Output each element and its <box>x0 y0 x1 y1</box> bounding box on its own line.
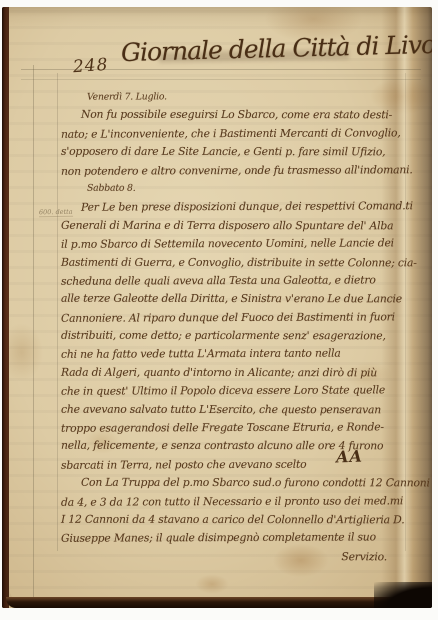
manuscript-line: Sabbato 8. <box>61 180 417 199</box>
book-bottom-edge <box>6 597 432 608</box>
manuscript-line: distribuiti, come detto; e particolarmen… <box>61 327 417 346</box>
manuscript-line: il p.mo Sbarco di Settemila novecento Uo… <box>61 234 417 254</box>
manuscript-line: Generali di Marina e di Terra disposero … <box>61 216 417 235</box>
manuscript-line: Non fu possibile eseguirsi Lo Sbarco, co… <box>61 106 417 125</box>
manuscript-page: 248 Giornale della Città di Livorno 600.… <box>9 7 432 602</box>
aa-landing-mark: AA <box>336 447 363 467</box>
manuscript-text-block: Venerdì 7. Luglio. Non fu possibile eseg… <box>61 88 417 566</box>
page-number: 248 <box>72 55 109 77</box>
manuscript-line: da 4, e 3 da 12 con tutto il Necessario … <box>61 492 417 512</box>
header-rule-lower <box>21 79 421 80</box>
manuscript-line: Giuseppe Manes; il quale disimpegnò comp… <box>61 529 417 549</box>
manuscript-line: Bastimenti di Guerra, e Convoglio, distr… <box>61 253 417 272</box>
manuscript-line: nella, felicemente, e senza contrasto al… <box>61 437 417 456</box>
book-photo: 248 Giornale della Città di Livorno 600.… <box>2 7 432 608</box>
manuscript-line: Cannoniere. Al riparo dunque del Fuoco d… <box>61 308 417 328</box>
manuscript-line: troppo esagerandosi delle Fregate Toscan… <box>61 418 417 438</box>
manuscript-line: che avevano salvato tutto L'Esercito, ch… <box>61 400 417 419</box>
manuscript-line: alle terze Galeotte della Diritta, e Sin… <box>61 290 417 309</box>
manuscript-line: non potendero e altro convenirne, onde f… <box>61 161 417 181</box>
manuscript-line: chi ne ha fatto vede tutta L'Armata inte… <box>61 345 417 365</box>
book-binding-edge <box>2 7 9 608</box>
manuscript-line: Servizio. <box>61 547 417 566</box>
book-corner-shadow <box>374 582 432 608</box>
manuscript-line: s'opposero di dare Le Site Lancie, e Gen… <box>61 143 417 162</box>
manuscript-line: che in quest' Ultimo il Popolo diceva es… <box>61 381 417 401</box>
manuscript-line: Per Le ben prese disposizioni dunque, de… <box>61 198 417 218</box>
manuscript-line: Rada di Algeri, quanto d'intorno in Alic… <box>61 364 417 383</box>
manuscript-line: nato; e L'inconveniente, che i Bastiment… <box>61 124 417 144</box>
manuscript-line: Con La Truppa del p.mo Sbarco sud.o furo… <box>61 474 417 493</box>
margin-rule-left-inner <box>57 73 58 551</box>
manuscript-line: I 12 Cannoni da 4 stavano a carico del C… <box>61 511 417 530</box>
manuscript-line: scheduna delle quali aveva alla Testa un… <box>61 271 417 291</box>
margin-rule-left-outer <box>33 65 34 605</box>
manuscript-line: sbarcati in Terra, nel posto che avevano… <box>61 455 417 475</box>
manuscript-line: Venerdì 7. Luglio. <box>61 87 417 107</box>
page-title: Giornale della Città di Livorno <box>121 30 432 67</box>
